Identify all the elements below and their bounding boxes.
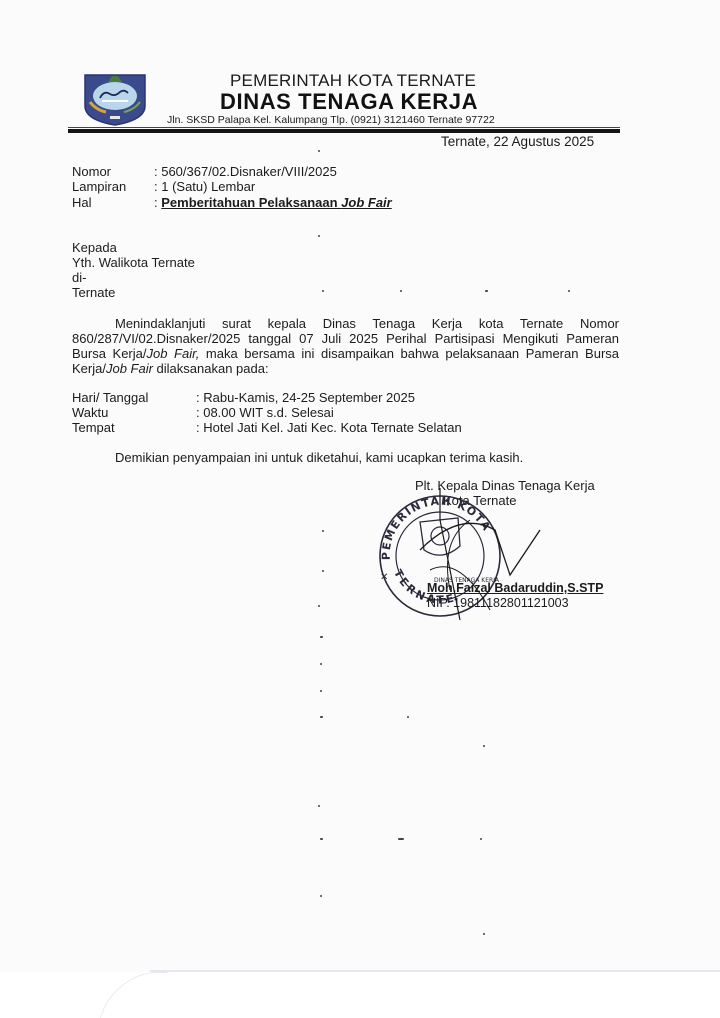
letterhead-government: PEMERINTAH KOTA TERNATE — [230, 71, 476, 91]
page-curl — [99, 972, 167, 1018]
event-label-time: Waktu — [72, 405, 108, 420]
scan-speck — [320, 690, 322, 692]
scan-speck — [320, 636, 323, 638]
body-line-4: Kerja/Job Fair dilaksanakan pada: — [72, 361, 619, 376]
letterhead-agency: DINAS TENAGA KERJA — [220, 89, 478, 115]
scan-speck — [318, 805, 320, 807]
closing-sentence: Demikian penyampaian ini untuk diketahui… — [115, 450, 523, 465]
meta-hal-subject: Pemberitahuan Pelaksanaan — [161, 195, 341, 210]
letterhead-rule-thin — [68, 127, 620, 128]
signatory-nip: NIP. 19811182801121003 — [427, 596, 569, 611]
recipient-name: Yth. Walikota Ternate — [72, 255, 195, 270]
recipient-kepada: Kepada — [72, 240, 117, 255]
scan-speck — [322, 570, 324, 572]
body-line-1: Menindaklanjuti surat kepala Dinas Tenag… — [72, 316, 619, 331]
scan-speck — [318, 605, 320, 607]
recipient-city: Ternate — [72, 285, 115, 300]
scan-speck — [322, 530, 324, 532]
body-paragraph: Menindaklanjuti surat kepala Dinas Tenag… — [72, 316, 619, 376]
meta-value-nomor: : 560/367/02.Disnaker/VIII/2025 — [154, 164, 337, 179]
document-page: PEMERINTAH KOTA TERNATE DINAS TENAGA KER… — [0, 0, 720, 972]
body-line-2: 860/287/VI/02.Disnaker/2025 tanggal 07 J… — [72, 331, 619, 346]
meta-label-lampiran: Lampiran — [72, 179, 126, 194]
city-coat-of-arms-logo — [82, 72, 148, 126]
scan-speck — [400, 290, 402, 292]
scan-speck — [320, 838, 323, 840]
event-value-time: : 08.00 WIT s.d. Selesai — [196, 405, 334, 420]
signatory-name: Moh.Faizal Badaruddin,S.STP — [427, 581, 603, 596]
scan-speck — [483, 745, 485, 747]
body-line-3: Bursa Kerja/Job Fair, maka bersama ini d… — [72, 346, 619, 361]
scan-speck — [407, 716, 409, 718]
scan-speck — [485, 290, 488, 292]
meta-hal-subject-italic: Job Fair — [341, 195, 392, 210]
meta-label-nomor: Nomor — [72, 164, 111, 179]
scan-speck — [320, 895, 322, 897]
event-value-place: : Hotel Jati Kel. Jati Kec. Kota Ternate… — [196, 420, 462, 435]
scan-speck — [318, 235, 320, 237]
recipient-di: di- — [72, 270, 86, 285]
meta-value-lampiran: : 1 (Satu) Lembar — [154, 179, 255, 194]
scan-speck — [322, 290, 324, 292]
scan-speck — [320, 716, 323, 718]
event-value-date: : Rabu-Kamis, 24-25 September 2025 — [196, 390, 415, 405]
letterhead-rule-thick — [68, 129, 620, 133]
scan-speck — [480, 838, 482, 840]
event-label-place: Tempat — [72, 420, 115, 435]
svg-text:✕: ✕ — [380, 572, 388, 583]
scan-speck — [398, 838, 404, 840]
meta-value-hal: : Pemberitahuan Pelaksanaan Job Fair — [154, 195, 392, 210]
meta-label-hal: Hal — [72, 195, 92, 210]
letterhead-address: Jln. SKSD Palapa Kel. Kalumpang Tlp. (09… — [167, 114, 495, 126]
letter-date: Ternate, 22 Agustus 2025 — [441, 134, 594, 149]
scan-speck — [568, 290, 570, 292]
scan-speck — [483, 933, 485, 935]
scan-speck — [320, 663, 322, 665]
event-label-date: Hari/ Tanggal — [72, 390, 148, 405]
page-bottom-edge — [150, 970, 720, 972]
scan-speck — [318, 150, 320, 152]
